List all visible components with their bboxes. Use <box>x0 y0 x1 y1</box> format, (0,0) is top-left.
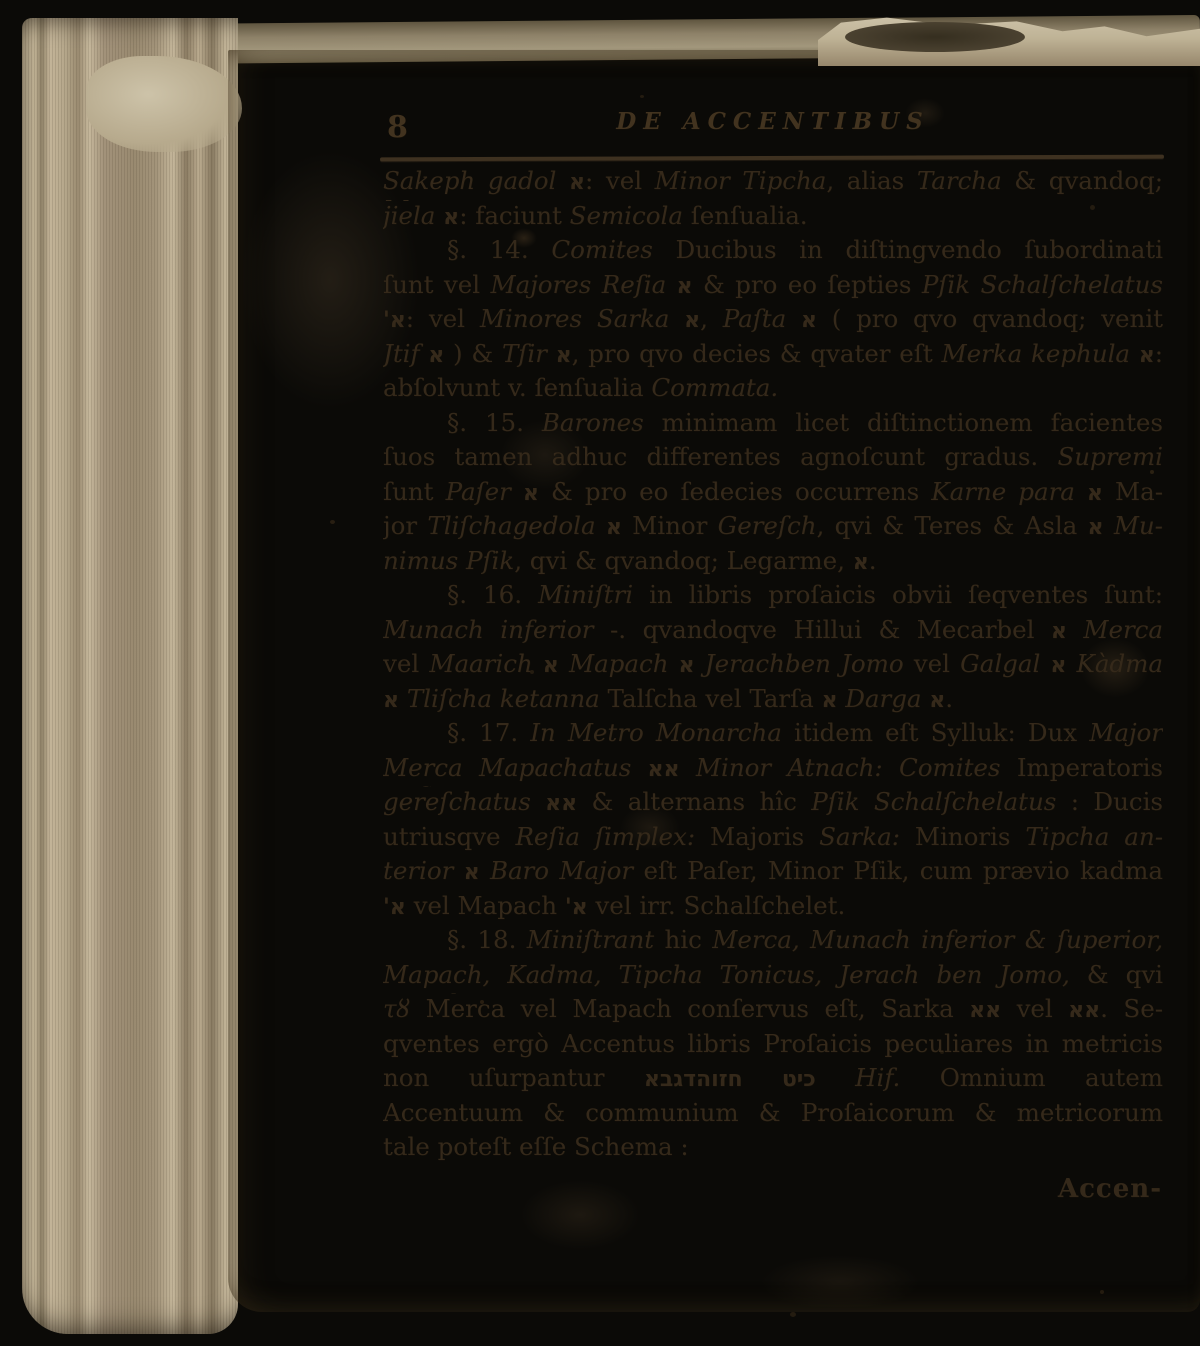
text-segment: terior <box>383 856 453 885</box>
text-segment: In Metro Monarcha <box>530 718 782 747</box>
text-segment: Tliſcha ketanna <box>399 684 600 713</box>
text-line: terior א Baro Major eſt Paſer, Minor Pſi… <box>383 856 1163 891</box>
text-segment: Miniſtrant <box>527 925 654 954</box>
text-segment: vel <box>1001 994 1053 1023</box>
text-segment: §. 18. <box>447 925 527 954</box>
hebrew-accent-letter: א <box>420 343 445 368</box>
text-block: Sakeph gadol א: vel Minor Tipcha, alias … <box>383 166 1163 1167</box>
text-segment: qventes ergò Accentus libris Proſaicis p… <box>383 1029 1163 1058</box>
speck <box>790 1312 796 1317</box>
running-title: DE ACCENTIBUS <box>383 108 1163 135</box>
text-segment: Tarcha <box>917 166 1002 195</box>
text-segment: Semicola <box>570 201 683 230</box>
speck <box>640 95 644 98</box>
text-segment: Paſta <box>723 304 787 333</box>
text-line: non uſurpantur כיט חזוהדגבא Hif. Omnium … <box>383 1063 1163 1098</box>
text-segment: §. 16. <box>447 580 538 609</box>
text-segment: abſolvunt v. ſenſualia <box>383 373 651 402</box>
text-segment: : <box>1155 339 1163 368</box>
text-segment: Galgal <box>960 649 1040 678</box>
text-segment: & qvandoq; <box>1002 166 1163 195</box>
hebrew-accent-letter: א <box>596 515 622 540</box>
hebrew-accent-letter: א <box>533 653 559 678</box>
text-line: tale poteſt eſſe Schema : <box>383 1132 1163 1167</box>
page-header: 8 DE ACCENTIBUS <box>383 108 1163 135</box>
text-segment: & pro eo ſepties <box>693 270 922 299</box>
text-line: ſuos tamen adhuc differentes agnoſcunt g… <box>383 442 1163 477</box>
text-line: Munach inferior -. qvandoqve Hillui & Me… <box>383 615 1163 650</box>
hebrew-accent-letter: א <box>1130 343 1155 368</box>
text-segment: §. 17. <box>447 718 530 747</box>
text-line: 'א: vel Minores Sarka א, Paſta א ( pro q… <box>383 304 1163 339</box>
text-line: Accentuum & communium & Proſaicorum & me… <box>383 1098 1163 1133</box>
text-segment: Kàdma <box>1066 649 1163 678</box>
text-segment: vel <box>383 649 429 678</box>
text-segment: , <box>700 304 723 333</box>
text-segment: ſuos tamen adhuc differentes agnoſcunt g… <box>383 442 1057 471</box>
text-segment: ſunt vel <box>383 270 491 299</box>
text-segment: Jerachben Jomo <box>695 649 904 678</box>
text-segment: Merca vel Mapach conſervus eſt, Sarka <box>410 994 954 1023</box>
page-number: 8 <box>387 110 408 145</box>
text-line: utriusqve Reſia ſimplex: Majoris Sarka: … <box>383 822 1163 857</box>
text-line: ſunt Paſer א & pro eo ſedecies occurrens… <box>383 477 1163 512</box>
hebrew-accent-letter: אא <box>531 791 577 816</box>
text-segment: vel Mapach <box>406 891 565 920</box>
text-segment: jor <box>383 511 427 540</box>
text-segment: Minor Tipcha <box>655 166 827 195</box>
text-segment: jiela <box>383 201 443 230</box>
text-line: §. 14. Comites Ducibus in diſtingvendo ſ… <box>383 235 1163 270</box>
text-line: 'א vel Mapach 'א vel irr. Schalſchelet. <box>383 891 1163 926</box>
text-segment: eſt Paſer, Minor Pſik, cum prævio kadma <box>633 856 1163 885</box>
speck <box>330 520 335 524</box>
text-segment: τȣ <box>383 994 410 1023</box>
text-segment: Imperatoris <box>1001 753 1163 782</box>
text-segment: vel <box>904 649 961 678</box>
hebrew-accent-letter: א <box>786 308 817 333</box>
text-segment: Mapach <box>559 649 669 678</box>
text-segment: Commata. <box>651 373 778 402</box>
text-segment: Merca, Munach inferior & ſuperior, <box>712 925 1163 954</box>
text-segment: Hif. <box>816 1063 901 1092</box>
text-segment: Accentuum & communium & Proſaicorum & me… <box>383 1098 1163 1127</box>
text-segment: & pro eo ſedecies occurrens <box>539 477 931 506</box>
text-segment: Maarich <box>429 649 532 678</box>
hebrew-accent-letter: 'א <box>565 895 588 920</box>
text-segment: Merka kephula <box>941 339 1130 368</box>
text-line: nimus Pſik, qvi & qvandoq; Legarme, א. <box>383 546 1163 581</box>
text-segment: Merca <box>1067 615 1163 644</box>
text-segment: Sakeph gadol <box>383 166 569 195</box>
hebrew-accent-letter: א <box>1034 619 1066 644</box>
text-segment: Comites <box>551 235 652 264</box>
book-page: 8 DE ACCENTIBUS Sakeph gadol א: vel Mino… <box>228 50 1200 1312</box>
text-segment: : faciunt <box>459 201 569 230</box>
hebrew-accent-letter: כיט חזוהדגבא <box>644 1067 816 1092</box>
hebrew-accent-letter: א <box>922 688 946 713</box>
hebrew-accent-letter: א <box>666 274 692 299</box>
text-segment: Reſia ſimplex: <box>515 822 695 851</box>
text-segment: Miniſtri <box>538 580 633 609</box>
text-segment: §. 15. <box>447 408 542 437</box>
text-line: Sakeph gadol א: vel Minor Tipcha, alias … <box>383 166 1163 201</box>
text-line: vel Maarich א Mapach א Jerachben Jomo ve… <box>383 649 1163 684</box>
hebrew-accent-letter: א <box>511 481 539 506</box>
text-segment: Majores Reſia <box>491 270 667 299</box>
text-line: Merca Mapachatus אא Minor Atnach: Comite… <box>383 753 1163 788</box>
text-line: §. 17. In Metro Monarcha itidem eſt Syll… <box>383 718 1163 753</box>
text-line: Mapach, Kadma, Tipcha Tonicus, Jerach be… <box>383 960 1163 995</box>
header-rule <box>380 155 1164 162</box>
text-segment: , alias <box>826 166 916 195</box>
hebrew-accent-letter: א <box>853 550 869 575</box>
text-segment: in libris proſaicis obvii ſeqventes ſunt… <box>633 580 1163 609</box>
text-segment: Mu- <box>1104 511 1163 540</box>
book-page-edges <box>22 18 238 1334</box>
text-segment: -. qvandoqve Hillui & Mecarbel <box>593 615 1034 644</box>
text-segment: itidem eſt Sylluk: Dux <box>782 718 1089 747</box>
text-segment: Merca Mapachatus <box>383 753 631 782</box>
text-line: τȣ Merca vel Mapach conſervus eſt, Sarka… <box>383 994 1163 1029</box>
text-segment: : Ducis <box>1056 787 1163 816</box>
text-segment: Jtif <box>383 339 420 368</box>
text-segment: : vel <box>585 166 655 195</box>
text-segment: Ducibus in diſtingvendo ſubordinati <box>653 235 1163 264</box>
text-segment: Minores Sarka <box>480 304 670 333</box>
text-line: א Tliſcha ketanna Talſcha vel Tarſa א Da… <box>383 684 1163 719</box>
text-segment: Sarka: <box>819 822 900 851</box>
hebrew-accent-letter: א <box>453 860 479 885</box>
torn-corner-shadow <box>845 22 1025 52</box>
text-segment: non uſurpantur <box>383 1063 644 1092</box>
hebrew-accent-letter: אא <box>631 757 679 782</box>
hebrew-accent-letter: א <box>443 205 459 230</box>
text-segment: Paſer <box>446 477 511 506</box>
text-segment: minimam licet diſtinctionem facientes <box>644 408 1163 437</box>
text-line: Jtif א ) & Tſir א, pro qvo decies & qvat… <box>383 339 1163 374</box>
text-line: jiela א: faciunt Semicola ſenſualia. <box>383 201 1163 236</box>
text-segment: Tliſchagedola <box>427 511 595 540</box>
text-line: §. 18. Miniſtrant hic Merca, Munach infe… <box>383 925 1163 960</box>
text-segment: Tipcha an- <box>1025 822 1163 851</box>
text-line: §. 16. Miniſtri in libris proſaicis obvi… <box>383 580 1163 615</box>
text-segment: Darga <box>838 684 922 713</box>
speck <box>1100 1290 1104 1294</box>
text-segment: . Se- <box>1100 994 1163 1023</box>
text-segment: Talſcha vel Tarſa <box>600 684 814 713</box>
text-segment: Munach inferior <box>383 615 593 644</box>
text-segment: Minor <box>622 511 718 540</box>
text-segment: ſunt <box>383 477 446 506</box>
hebrew-accent-letter: 'א <box>383 895 406 920</box>
text-segment: , pro qvo decies & qvater eſt <box>572 339 942 368</box>
text-line: abſolvunt v. ſenſualia Commata. <box>383 373 1163 408</box>
hebrew-accent-letter: א <box>383 688 399 713</box>
text-segment: Supremi <box>1057 442 1163 471</box>
text-segment: . <box>945 684 953 713</box>
hebrew-accent-letter: א <box>1075 481 1103 506</box>
text-segment: Pſik Schalſchelatus <box>811 787 1056 816</box>
text-segment: Karne para <box>931 477 1075 506</box>
text-segment: Baro Major <box>480 856 634 885</box>
text-segment: : vel <box>406 304 480 333</box>
text-segment: , qvi & Teres & Asla <box>817 511 1078 540</box>
hebrew-accent-letter: א <box>814 688 838 713</box>
text-segment: gereſchatus <box>383 787 531 816</box>
text-segment: tale poteſt eſſe Schema : <box>383 1132 689 1161</box>
text-segment: Gereſch <box>718 511 817 540</box>
text-segment: & alternans hîc <box>577 787 811 816</box>
text-segment: ) & <box>444 339 502 368</box>
text-segment: Barones <box>542 408 644 437</box>
hebrew-accent-letter: א <box>547 343 572 368</box>
text-line: jor Tliſchagedola א Minor Gereſch, qvi &… <box>383 511 1163 546</box>
text-segment: Minoris <box>900 822 1025 851</box>
text-segment: Minor Atnach: Comites <box>680 753 1001 782</box>
text-segment: hic <box>654 925 712 954</box>
text-segment: Majoris <box>695 822 819 851</box>
hebrew-accent-letter: א <box>1040 653 1066 678</box>
text-segment: , qvi & qvandoq; Legarme, <box>514 546 852 575</box>
text-segment: Mapach, Kadma, Tipcha Tonicus, Jerach be… <box>383 960 1070 989</box>
text-segment: Ma- <box>1103 477 1163 506</box>
hebrew-accent-letter: א <box>569 170 585 195</box>
hebrew-accent-letter: אא <box>1053 998 1100 1023</box>
text-segment: ſenſualia. <box>683 201 808 230</box>
stain <box>760 1255 920 1310</box>
text-segment: nimus Pſik <box>383 546 514 575</box>
text-segment: Major <box>1089 718 1163 747</box>
text-line: gereſchatus אא & alternans hîc Pſik Scha… <box>383 787 1163 822</box>
hebrew-accent-letter: 'א <box>383 308 406 333</box>
text-segment: §. 14. <box>447 235 551 264</box>
catchword: Accen- <box>1058 1174 1162 1204</box>
hebrew-accent-letter: א <box>668 653 694 678</box>
stain <box>520 1180 640 1250</box>
hebrew-accent-letter: אא <box>954 998 1001 1023</box>
text-segment: Omnium autem <box>900 1063 1163 1092</box>
hebrew-accent-letter: א <box>1077 515 1103 540</box>
text-line: qventes ergò Accentus libris Proſaicis p… <box>383 1029 1163 1064</box>
text-segment: . <box>869 546 877 575</box>
text-segment: ( pro qvo qvandoq; venit <box>817 304 1163 333</box>
text-segment: Tſir <box>502 339 547 368</box>
text-line: §. 15. Barones minimam licet diſtinction… <box>383 408 1163 443</box>
book-photograph: 8 DE ACCENTIBUS Sakeph gadol א: vel Mino… <box>0 0 1200 1346</box>
text-line: ſunt vel Majores Reſia א & pro eo ſeptie… <box>383 270 1163 305</box>
hebrew-accent-letter: א <box>669 308 700 333</box>
text-segment: utriusqve <box>383 822 515 851</box>
text-segment: vel irr. Schalſchelet. <box>588 891 846 920</box>
text-segment: Pſik Schalſchelatus <box>922 270 1163 299</box>
